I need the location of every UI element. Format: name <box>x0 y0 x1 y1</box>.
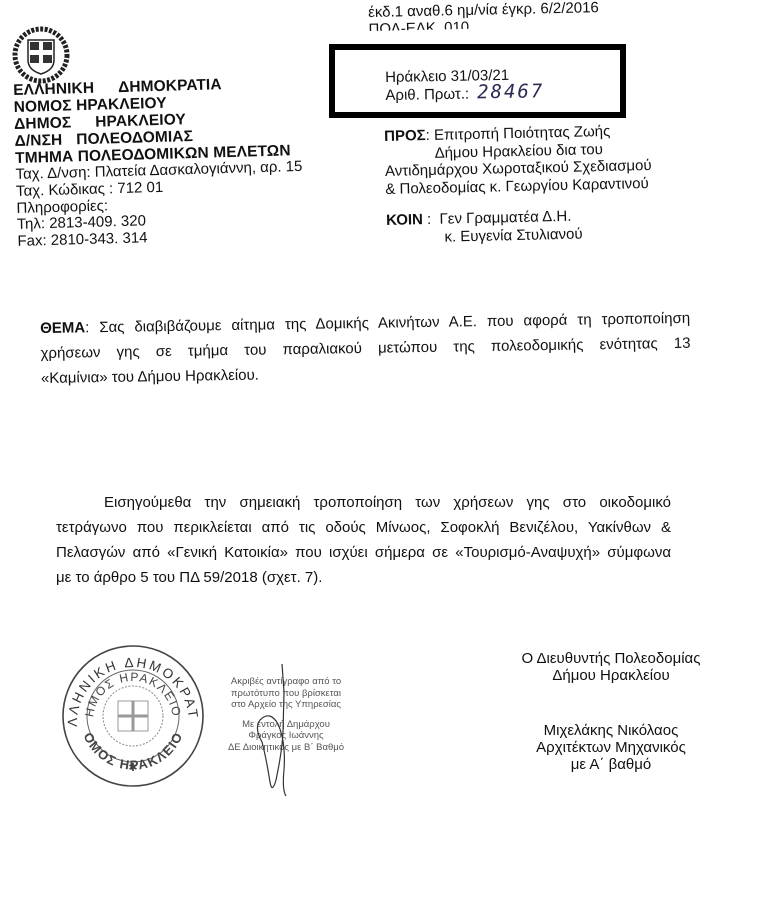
signatory-title-2: Δήμου Ηρακλείου <box>480 667 742 684</box>
signatory-grade: με Α΄ βαθμό <box>480 756 742 773</box>
municipal-stamp: ΕΛΛΗΝΙΚΗ ΔΗΜΟΚΡΑΤΙΑ ΔΗΜΟΣ ΗΡΑΚΛΕΙΟΥ ΝΟΜΟ… <box>60 643 206 789</box>
protocol-number-row: Αριθ. Πρωτ.:28467 <box>385 83 544 104</box>
signatory-block: Ο Διευθυντής Πολεοδομίας Δήμου Ηρακλείου… <box>480 650 742 773</box>
cc-label: ΚΟΙΝ <box>386 211 423 229</box>
recipients-block: ΠΡΟΣ: Επιτροπή Ποιότητας Ζωής Δήμου Ηρακ… <box>384 122 653 247</box>
star-icon: ✱ <box>128 762 137 774</box>
form-code: έκδ.1 αναθ.6 ημ/νία έγκρ. 6/2/2016 ΠΟΛ-Ε… <box>368 0 599 31</box>
subject-block: ΘΕΜΑ: Σας διαβιβάζουμε αίτημα της Δομική… <box>40 306 691 391</box>
protocol-number-label: Αριθ. Πρωτ.: <box>385 86 469 104</box>
body-paragraph: Εισηγούμεθα την σημειακή τροποποίηση των… <box>56 490 671 590</box>
subject-label: ΘΕΜΑ <box>40 319 85 337</box>
to-label: ΠΡΟΣ <box>384 127 426 145</box>
signatory-title-1: Ο Διευθυντής Πολεοδομίας <box>480 650 742 667</box>
signature <box>226 662 316 797</box>
body-line-2: τετράγωνο που περικλείεται από τις οδούς… <box>56 515 671 540</box>
protocol-number-handwritten: 28467 <box>477 80 545 103</box>
signatory-role: Αρχιτέκτων Μηχανικός <box>480 739 742 756</box>
sender-header: ΕΛΛΗΝΙΚΗΔΗΜΟΚΡΑΤΙΑ ΝΟΜΟΣ ΗΡΑΚΛΕΙΟΥ ΔΗΜΟΣ… <box>13 74 304 251</box>
greek-coat-of-arms-icon <box>12 26 70 84</box>
body-line-1: Εισηγούμεθα την σημειακή τροποποίηση των… <box>56 490 671 515</box>
protocol-box: Ηράκλειο 31/03/21 Αριθ. Πρωτ.:28467 <box>329 44 626 118</box>
signatory-name: Μιχελάκης Νικόλαος <box>480 722 742 739</box>
body-line-4: με το άρθρο 5 του ΠΔ 59/2018 (σχετ. 7). <box>56 565 671 590</box>
body-line-3: Πελασγών από «Γενική Κατοικία» που ισχύε… <box>56 540 671 565</box>
